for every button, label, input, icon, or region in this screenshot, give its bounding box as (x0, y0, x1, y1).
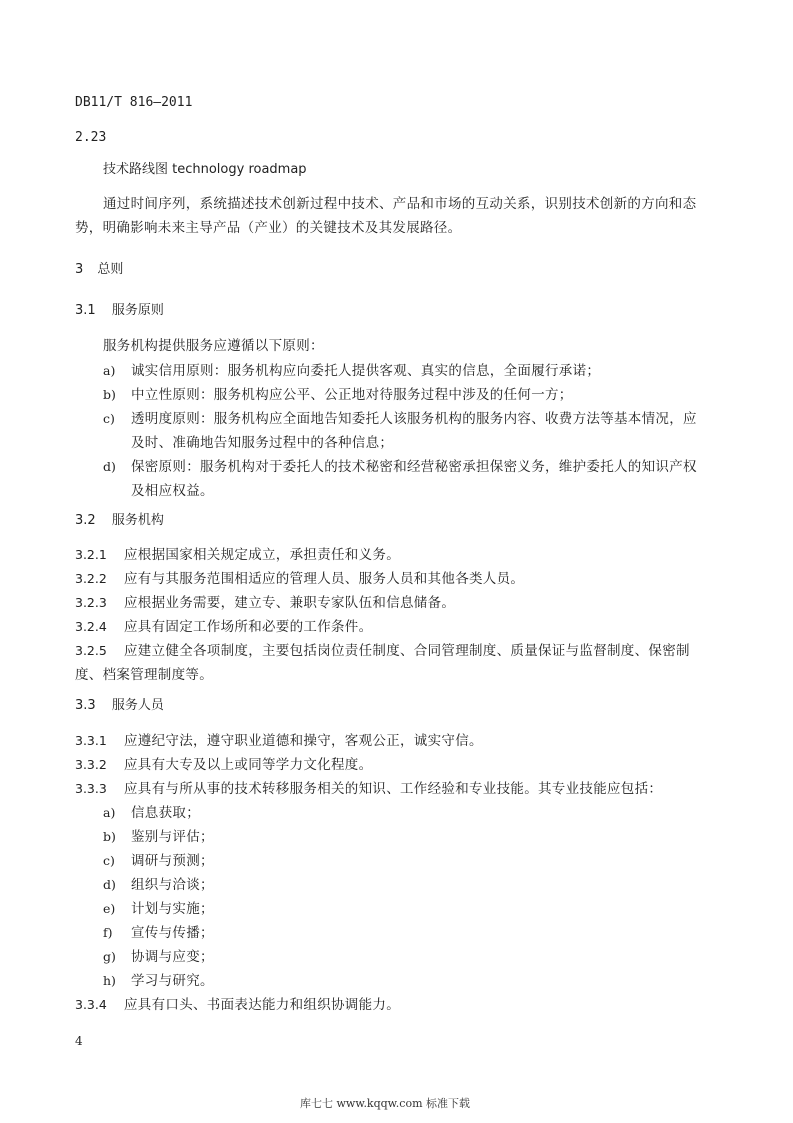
section-number: 3.1 (75, 303, 96, 318)
footer-watermark: 库七七 www.kqqw.com 标准下载 (300, 1095, 470, 1111)
clause-number: 3.3.3 (75, 781, 107, 797)
clause-number: 3.2.5 (75, 643, 107, 659)
list-item: 学习与研究。 (131, 973, 214, 989)
term-title: 技术路线图 technology roadmap (103, 162, 307, 178)
list-label: b) (103, 387, 116, 403)
section-title: 服务原则 (112, 303, 164, 318)
list-label: h) (103, 973, 116, 989)
list-item: 组织与洽谈； (131, 877, 214, 893)
section-number: 3 (75, 262, 83, 277)
list-item: 协调与应变； (131, 949, 214, 965)
section-3-1-heading: 3.1 服务原则 (75, 303, 164, 319)
clause-text: 应具有与所从事的技术转移服务相关的知识、工作经验和专业技能。其专业技能应包括： (124, 781, 662, 797)
term-definition-line2: 势，明确影响未来主导产品（产业）的关键技术及其发展路径。 (75, 220, 461, 236)
list-item: 计划与实施； (131, 901, 214, 917)
clause-number: 3.2.3 (75, 595, 107, 611)
section-title: 总则 (97, 262, 123, 277)
page-number: 4 (75, 1033, 83, 1049)
section-3-2-heading: 3.2 服务机构 (75, 513, 164, 529)
clause-number: 3.3.1 (75, 733, 107, 749)
doc-code-header: DB11/T 816—2011 (75, 95, 192, 111)
list-item: 信息获取； (131, 805, 200, 821)
clause-text: 应根据业务需要，建立专、兼职专家队伍和信息储备。 (124, 595, 455, 611)
principles-intro: 服务机构提供服务应遵循以下原则： (103, 338, 324, 354)
list-label: c) (103, 853, 115, 869)
list-item: 鉴别与评估； (131, 829, 214, 845)
section-number: 3.3 (75, 698, 96, 713)
list-label: f) (103, 925, 113, 941)
section-title: 服务机构 (112, 513, 164, 528)
section-3-3-heading: 3.3 服务人员 (75, 698, 164, 714)
list-label: c) (103, 411, 115, 427)
list-item: 宣传与传播； (131, 925, 214, 941)
list-label: b) (103, 829, 116, 845)
list-label: d) (103, 459, 116, 475)
list-item: 诚实信用原则：服务机构应向委托人提供客观、真实的信息，全面履行承诺； (131, 363, 600, 379)
clause-text: 应具有口头、书面表达能力和组织协调能力。 (124, 997, 400, 1013)
list-item: 中立性原则：服务机构应公平、公正地对待服务过程中涉及的任何一方； (131, 387, 573, 403)
list-label: d) (103, 877, 116, 893)
clause-number: 3.3.4 (75, 997, 107, 1013)
clause-text: 应具有大专及以上或同等学力文化程度。 (124, 757, 372, 773)
clause-text: 应具有固定工作场所和必要的工作条件。 (124, 619, 372, 635)
clause-number: 3.2.1 (75, 547, 107, 563)
list-item-continuation: 及相应权益。 (131, 483, 214, 499)
term-number: 2.23 (75, 130, 106, 146)
clause-text: 应有与其服务范围相适应的管理人员、服务人员和其他各类人员。 (124, 571, 524, 587)
section-3-heading: 3 总则 (75, 262, 123, 278)
list-label: e) (103, 901, 115, 917)
term-definition-line1: 通过时间序列，系统描述技术创新过程中技术、产品和市场的互动关系，识别技术创新的方… (103, 196, 696, 212)
list-item: 调研与预测； (131, 853, 214, 869)
list-item: 保密原则：服务机构对于委托人的技术秘密和经营秘密承担保密义务，维护委托人的知识产… (131, 459, 697, 475)
clause-text: 应遵纪守法，遵守职业道德和操守，客观公正，诚实守信。 (124, 733, 483, 749)
list-label: a) (103, 363, 115, 379)
section-title: 服务人员 (112, 698, 164, 713)
list-label: a) (103, 805, 115, 821)
clause-number: 3.2.2 (75, 571, 107, 587)
list-item: 透明度原则：服务机构应全面地告知委托人该服务机构的服务内容、收费方法等基本情况，… (131, 411, 697, 427)
clause-number: 3.3.2 (75, 757, 107, 773)
list-label: g) (103, 949, 116, 965)
clause-continuation: 度、档案管理制度等。 (75, 667, 213, 683)
clause-text: 应根据国家相关规定成立，承担责任和义务。 (124, 547, 400, 563)
section-number: 3.2 (75, 513, 96, 528)
clause-number: 3.2.4 (75, 619, 107, 635)
list-item-continuation: 及时、准确地告知服务过程中的各种信息； (131, 435, 393, 451)
clause-text: 应建立健全各项制度，主要包括岗位责任制度、合同管理制度、质量保证与监督制度、保密… (124, 643, 690, 659)
